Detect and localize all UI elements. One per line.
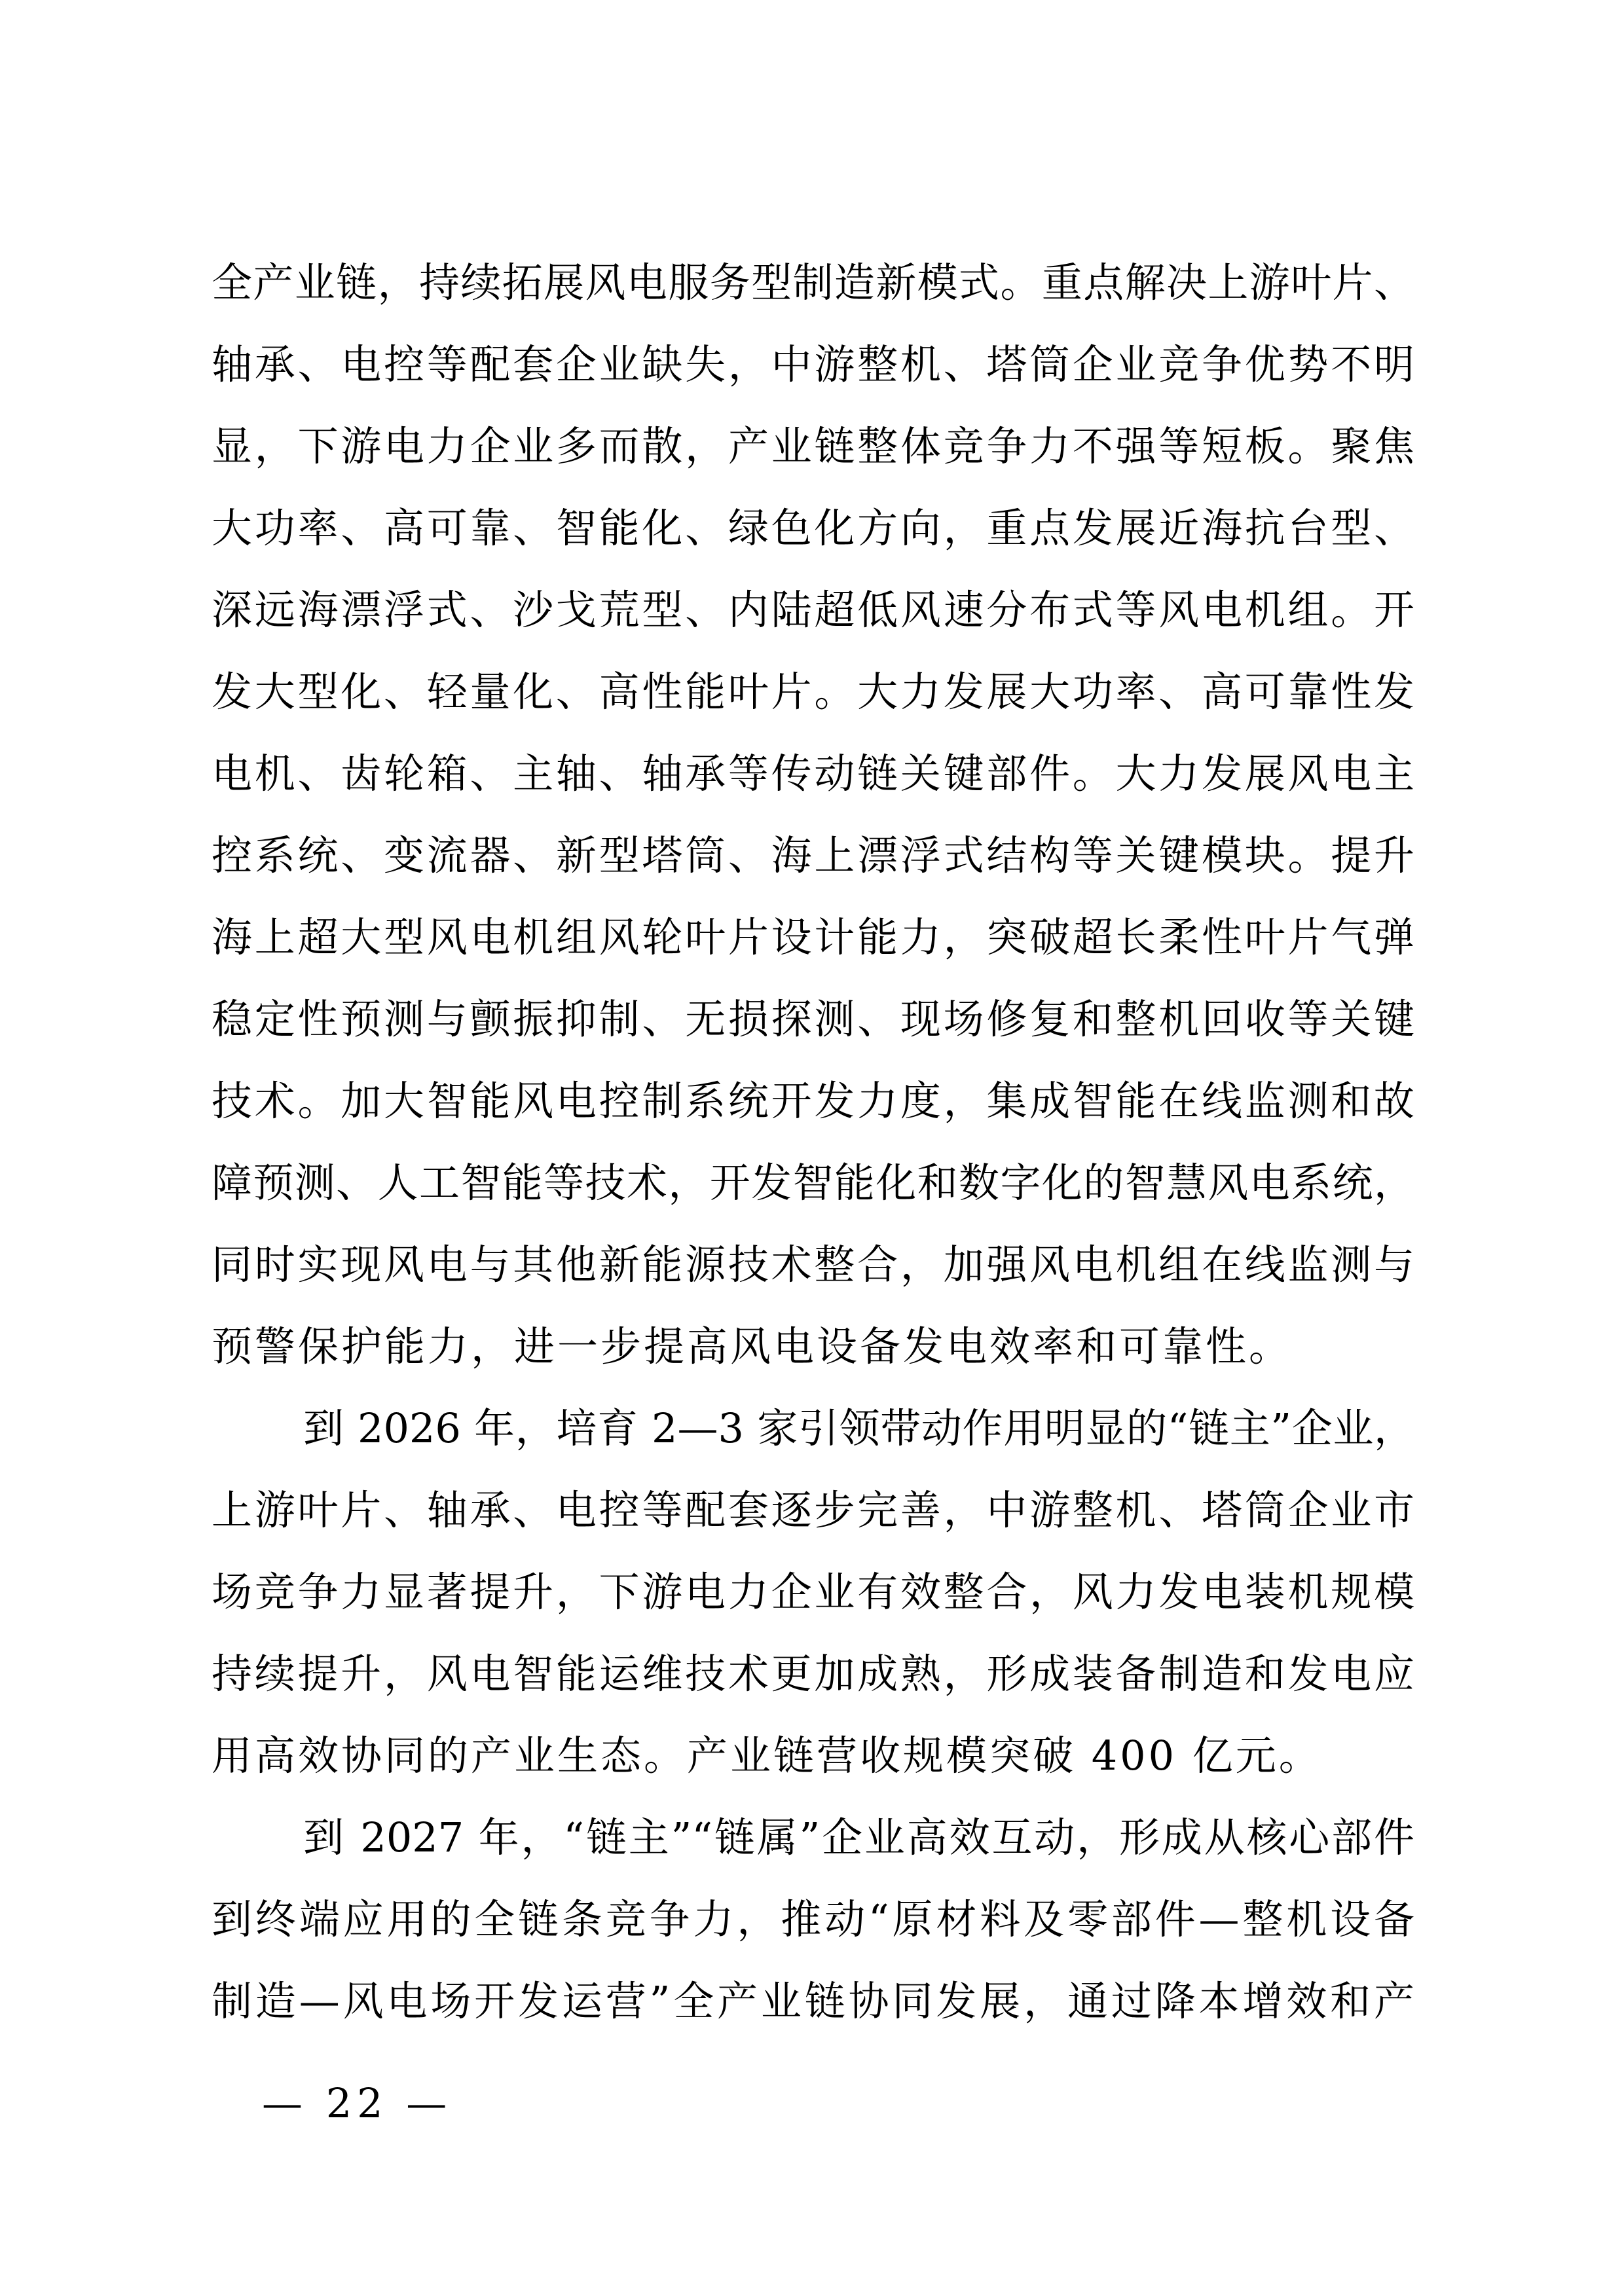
- paragraph: 到 2027 年，“链主”“链属”企业高效互动，形成从核心部件到终端应用的全链条…: [212, 1796, 1414, 2042]
- text-line: 到 2027 年，“链主”“链属”企业高效互动，形成从核心部件: [212, 1796, 1414, 1878]
- text-line: 海上超大型风电机组风轮叶片设计能力，突破超长柔性叶片气弹: [212, 896, 1414, 978]
- text-line: 轴承、电控等配套企业缺失，中游整机、塔筒企业竞争优势不明: [212, 323, 1414, 405]
- text-line: 障预测、人工智能等技术，开发智能化和数字化的智慧风电系统，: [212, 1142, 1414, 1224]
- text-line: 技术。加大智能风电控制系统开发力度，集成智能在线监测和故: [212, 1060, 1414, 1142]
- text-line: 电机、齿轮箱、主轴、轴承等传动链关键部件。大力发展风电主: [212, 733, 1414, 814]
- text-line: 到终端应用的全链条竞争力，推动“原材料及零部件—整机设备: [212, 1878, 1414, 1960]
- text-line: 全产业链，持续拓展风电服务型制造新模式。重点解决上游叶片、: [212, 242, 1414, 323]
- document-page: 全产业链，持续拓展风电服务型制造新模式。重点解决上游叶片、轴承、电控等配套企业缺…: [0, 0, 1624, 2296]
- text-line: 预警保护能力，进一步提高风电设备发电效率和可靠性。: [212, 1305, 1414, 1387]
- text-line: 到 2026 年，培育 2—3 家引领带动作用明显的“链主”企业，: [212, 1387, 1414, 1469]
- text-line: 深远海漂浮式、沙戈荒型、内陆超低风速分布式等风电机组。开: [212, 569, 1414, 651]
- text-line: 制造—风电场开发运营”全产业链协同发展，通过降本增效和产: [212, 1960, 1414, 2042]
- text-line: 上游叶片、轴承、电控等配套逐步完善，中游整机、塔筒企业市: [212, 1469, 1414, 1551]
- text-line: 大功率、高可靠、智能化、绿色化方向，重点发展近海抗台型、: [212, 487, 1414, 569]
- text-line: 场竞争力显著提升，下游电力企业有效整合，风力发电装机规模: [212, 1551, 1414, 1633]
- text-line: 持续提升，风电智能运维技术更加成熟，形成装备制造和发电应: [212, 1633, 1414, 1715]
- text-line: 控系统、变流器、新型塔筒、海上漂浮式结构等关键模块。提升: [212, 814, 1414, 896]
- page-footer: — 22 —: [262, 2062, 452, 2144]
- text-line: 同时实现风电与其他新能源技术整合，加强风电机组在线监测与: [212, 1224, 1414, 1305]
- text-line: 发大型化、轻量化、高性能叶片。大力发展大功率、高可靠性发: [212, 651, 1414, 733]
- paragraph: 全产业链，持续拓展风电服务型制造新模式。重点解决上游叶片、轴承、电控等配套企业缺…: [212, 242, 1414, 1387]
- text-line: 稳定性预测与颤振抑制、无损探测、现场修复和整机回收等关键: [212, 978, 1414, 1060]
- document-body: 全产业链，持续拓展风电服务型制造新模式。重点解决上游叶片、轴承、电控等配套企业缺…: [212, 242, 1414, 2042]
- paragraph: 到 2026 年，培育 2—3 家引领带动作用明显的“链主”企业，上游叶片、轴承…: [212, 1387, 1414, 1796]
- text-line: 用高效协同的产业生态。产业链营收规模突破 400 亿元。: [212, 1715, 1414, 1796]
- page-number: — 22 —: [262, 2079, 452, 2127]
- text-line: 显，下游电力企业多而散，产业链整体竞争力不强等短板。聚焦: [212, 405, 1414, 487]
